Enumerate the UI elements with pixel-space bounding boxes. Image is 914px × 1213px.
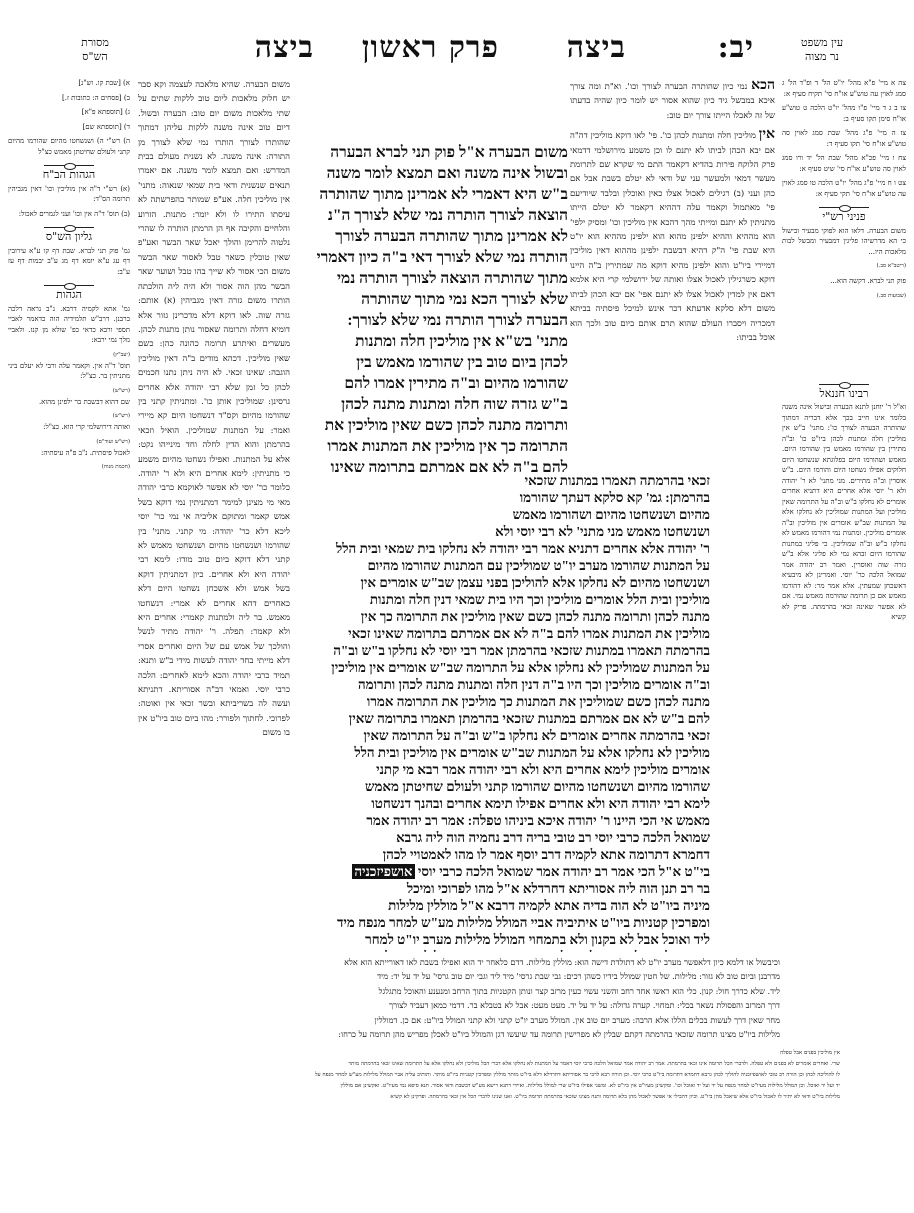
- gemara-line: מתנה לכהן כשם שמוליכין את המתנות כך מולי…: [300, 693, 710, 710]
- hagahot-entry: ואותה דירושלמי קרי הוא. כצ"ל:: [8, 422, 130, 433]
- left-margin: א) [שבת קו. וש"נ] ב) [פסחים ה: כתובות ז.…: [8, 78, 130, 638]
- bottom-rashi: וכיבשול או דלמא כיון דלאפשר מערב יו"ט לא…: [150, 955, 780, 1045]
- highlighted-word: אושפיזכניה: [352, 864, 414, 879]
- penei-rashi-source: (ריטב"א סב.): [782, 261, 906, 272]
- masoret-title-line1: מסורת: [55, 36, 135, 50]
- bottom-rashi-line: וכיבשול או דלמא כיון דלאפשר מערב יו"ט לא…: [150, 955, 780, 969]
- gemara-line: ושנשחטו מאמש מני מתני' לא רבי יוסי ולא: [300, 523, 710, 540]
- gilyon-hashas-title: גליון הש"ס: [8, 232, 130, 243]
- bottom-chananel-line: מלילות ביו"ט ודאי לא יתיר לו לאכול ביו"ט…: [170, 1092, 840, 1103]
- ein-mishpat-title-line1: עין משפט: [782, 36, 862, 50]
- tractate-name-right: ביצה: [567, 30, 626, 65]
- gemara-line: בי"ט א"ל הכי אמר רב יהודה אמר שמואל הלכה…: [300, 863, 710, 880]
- gemara-line: ב"ש היא דאמרי לא אמרינן מתוך שהותרה: [300, 184, 568, 205]
- rabbeinu-chananel-text: וא"ל ר' יוחנן לתנא הבערה ובישול אינה משנ…: [782, 402, 906, 623]
- rashi-text: משום הבערה. שהיא מלאכה לעצמה וקא סבר יש …: [138, 78, 290, 741]
- gemara-line: על המתנות שהורמו מערב יו"ט שמוליכין עם ה…: [300, 557, 710, 574]
- rabbeinu-chananel-title: רבינו חננאל: [782, 389, 906, 400]
- ein-mishpat-entry: צה א מיי' פ"א מהל' יו"ט הל' ד ופ"ד הל' ג…: [782, 78, 906, 99]
- gemara-line: מתני' בש"א אין מוליכין חלה ומתנות: [300, 331, 568, 352]
- hagahot-source: (חכמת מנוח): [8, 462, 130, 473]
- gemara-line: אומרים מוליכין לימא אחרים היא ולא רבי יה…: [300, 761, 710, 778]
- gemara-line: ותרומה מתנה לכהן כשם שאין מוליכין את: [300, 415, 568, 436]
- rabbeinu-chananel-section: רבינו חננאל וא"ל ר' יוחנן לתנא הבערה ובי…: [782, 389, 906, 623]
- tosafot-continuation: [712, 480, 780, 940]
- gemara-line: דחמרא דתרומה אתא לקמיה דרב יוסף אמר לו מ…: [300, 846, 710, 863]
- tosafot-entry: אין מוליכין חלה ומתנות לכהן כו'. פי' לאו…: [570, 127, 775, 345]
- hagahot-habach-section: הגהות הב"ח (א) רש"י ד"ה אין מוליכין וכו'…: [8, 170, 130, 219]
- page-number: יב:: [718, 30, 754, 65]
- tosafot-text: נמי כיון שהותרה הבערה לצורך וכו'. וא"ת ו…: [570, 82, 775, 121]
- ein-mishpat-title-line2: נר מצוה: [782, 50, 862, 64]
- ornament-divider-icon: [44, 165, 94, 166]
- gemara-line: מהיום ושנשחטו מהיום ושהורמו מאמש: [300, 506, 710, 523]
- gemara-line: הותרה נמי שלא לצורך דאי ב"ה כיון דאמרי: [300, 247, 568, 268]
- gemara-line: ליד ואוכל אבל לא בקנון ולא בתמחוי המולל …: [300, 931, 710, 948]
- hagahot-habach-entry: (ב) תוס' ד"ה אין וכו' ועני לגמרים לאכול:: [8, 209, 130, 220]
- hagahot-source: (רש"ש): [8, 386, 130, 397]
- ornament-divider-icon: [44, 285, 94, 286]
- hagahot-source: (רש"ש ועוד"ם): [8, 437, 130, 448]
- gemara-line: התרומה כך אין מוליכין את המתנות אמרו: [300, 436, 568, 457]
- right-margin: צה א מיי' פ"א מהל' יו"ט הל' ד ופ"ד הל' ג…: [782, 78, 906, 1138]
- gemara-narrow-block: משום הבערה א"ל פוק תני לברא הבערה ובשול …: [300, 142, 568, 472]
- gemara-line: ובשול אינה משנה ואם תמצא לומר משנה: [300, 163, 568, 184]
- hagahot-entry: לאכול פיסתית. נ"ב פ"ה עיסתיה:: [8, 448, 130, 459]
- penei-rashi-entry: פוק תני לברא. דקשה הוא...: [782, 276, 906, 287]
- gemara-line: מוליכין את המתנות אמרו להם ב"ה לא אם אמר…: [300, 625, 710, 642]
- gemara-line: מנפח על יד על יד ואוכל אפילו בקנון ואפי'…: [300, 948, 710, 952]
- bottom-rashi-line: מלילות ביו"ט מצינו תרומה שזכאי בהרמתה דק…: [150, 1027, 780, 1041]
- gemara-line: ב"ש גזרה שוה חלה ומתנות מתנה לכהן: [300, 394, 568, 415]
- penei-rashi-source: (שבועות סב.): [782, 291, 906, 302]
- gemara-line: להם ב"ה לא אם אמרתם בתרומה שאינו: [300, 457, 568, 472]
- gemara-line: זכאי בהרמתה תאמרו במתנות שזכאי: [300, 472, 710, 489]
- gemara-line: בהרמתה תאמרו במתנות שזכאי בהרמתן אמר רבי…: [300, 642, 710, 659]
- ein-mishpat-section: צה א מיי' פ"א מהל' יו"ט הל' ד ופ"ד הל' ג…: [782, 78, 906, 199]
- gemara-line: זכאי בהרמתה אחרים אומרים לא נחלקו ב"ש וב…: [300, 727, 710, 744]
- bottom-chananel-opening: אין מוליכין בפנים אבל טפלה: [170, 1048, 840, 1059]
- bottom-rashi-catchword: הא: [150, 1041, 780, 1045]
- hagahot-entry: שם דהוא דבשבת בר ילפינן מהוא.: [8, 397, 130, 408]
- gemara-line: שלא לצורך הכא נמי מתוך שהותרה: [300, 289, 568, 310]
- gemara-line: שהורמו מהיום ושנשחטו מהיום שהורמו קתני ו…: [300, 778, 710, 795]
- bottom-chananel-line: יד ועל יד ואוכל. וכן המולל מלילות מעיו"ט…: [170, 1081, 840, 1092]
- gilyon-hashas-text: גמ' פוק תני לברא. שבת דף קו ע"א עירובין …: [8, 246, 130, 278]
- gemara-line-text: בי"ט א"ל הכי אמר רב יהודה אמר שמואל הלכה…: [418, 864, 710, 879]
- ein-mishpat-entry: צט ו ח מיי' פ"ג מהל' יו"ט הלכה טו סמג לא…: [782, 178, 906, 199]
- bottom-rashi-line: דרך המרזב והפסולת נשאר בכלי: תמחוי. קערה…: [150, 998, 780, 1012]
- tosafot-column: הכא נמי כיון שהותרה הבערה לצורך וכו'. וא…: [570, 78, 775, 478]
- masoret-hashas-section: א) [שבת קו. וש"נ] ב) [פסחים ה: כתובות ז.…: [8, 78, 130, 157]
- gemara-line: ושנשחטו מהיום לא נחלקו אלא להוליכן בפני …: [300, 574, 710, 591]
- gemara-line: לכהן ביום טוב בין שהורמו מאמש בין: [300, 352, 568, 373]
- penei-rashi-entry: משום הבערה. דלאו הוא לפוקי מבעיר ובישול …: [782, 226, 906, 258]
- page-header: עין משפט נר מצוה יב: ביצה פרק ראשון ביצה…: [0, 30, 914, 70]
- gemara-line: משום הבערה א"ל פוק תני לברא הבערה: [300, 142, 568, 163]
- hagahot-source: (יעב"ץ): [8, 350, 130, 361]
- gemara-line: לא אמרינן מתוך שהותרה הבערה לצורך: [300, 226, 568, 247]
- ein-mishpat-entry: צז ה מיי' פ"ג מהל' שבת סמג לאוין סה טוש"…: [782, 128, 906, 149]
- hagahot-habach-entry: (א) רש"י ד"ה אין מוליכין וכו' דאין מגביה…: [8, 184, 130, 205]
- chapter-name: פרק ראשון: [362, 30, 499, 65]
- gemara-wide-block: זכאי בהרמתה תאמרו במתנות שזכאי בהרמתן: ג…: [300, 472, 710, 952]
- bottom-rashi-line: מדרבנן וביום טוב לא גזור: מלילות. של חטי…: [150, 969, 780, 983]
- bottom-rashi-line: מחר שאין דרך לעשות בכלים הללו אלא הרבה: …: [150, 1013, 780, 1027]
- rashi-top-span: [290, 78, 565, 138]
- penei-rashi-title: פניני רש"י: [782, 212, 906, 223]
- gilyon-hashas-section: גליון הש"ס גמ' פוק תני לברא. שבת דף קו ע…: [8, 232, 130, 277]
- tosafot-dibur-hamatchil: אין: [759, 126, 775, 142]
- gemara-line: מתנה לכהן ותרומה מתנה לכהן כשם שאין מולי…: [300, 608, 710, 625]
- gemara-line: ר' יהודה אלא אחרים דתניא אמר רבי יהודה ל…: [300, 540, 710, 557]
- gemara-line: לימא רבי יהודה היא ולא אחרים אפילו תימא …: [300, 795, 710, 812]
- gemara-line: הבערה לצורך הותרה נמי שלא לצורך:: [300, 310, 568, 331]
- gemara-line: מוליכין ובית הלל אומרים מוליכין וכך היו …: [300, 591, 710, 608]
- tosafot-dibur-hamatchil: הכא: [751, 78, 775, 93]
- masoret-hashas-header: מסורת הש"ס: [55, 36, 135, 64]
- hagahot-entry: גמ' אתא לקמיה דרבא. נ"ב נראה דלכה ברבנן.…: [8, 304, 130, 346]
- tosafot-entry: הכא נמי כיון שהותרה הבערה לצורך וכו'. וא…: [570, 78, 775, 123]
- hagahot-title: הגהות: [8, 290, 130, 301]
- ein-mishpat-header: עין משפט נר מצוה: [782, 36, 862, 64]
- gemara-line: בהרמתן: גמ' קא סלקא דעתך שהורמו: [300, 489, 710, 506]
- bottom-chananel-line: שרי. ואחרים אומרים לא בפנים ולא טפלה. ול…: [170, 1059, 840, 1070]
- ein-mishpat-entry: צו ב ג ד מיי' פ"ו מהל' יו"ט הלכה ט טוש"ע…: [782, 103, 906, 124]
- gemara-line: מיניה ביו"ט לא הוה בדיה אתא לקמיה דרבא א…: [300, 897, 710, 914]
- gemara-line: שהורמו מהיום וב"ה מתירין אמרו להם: [300, 373, 568, 394]
- masoret-entry: א) [שבת קו. וש"נ]: [8, 78, 130, 89]
- ornament-divider-icon: [44, 227, 94, 228]
- gemara-line: וב"ה אומרים מוליכין וכך היו ב"ה דנין חלה…: [300, 676, 710, 693]
- ornament-divider-icon: [819, 384, 869, 385]
- gemara-line: הוצאה לצורך הותרה נמי שלא לצורך ה"נ: [300, 205, 568, 226]
- gemara-line: שמואל הלכה כרבי יוסי רב טובי בריה דרב נח…: [300, 829, 710, 846]
- masoret-entry: ה) רש"י ה) ושנשחטו מהיום שהורמו מהיום קת…: [8, 136, 130, 157]
- gemara-line: מאמש אי הכי היינו ר' יהודה איכא ביניהו ט…: [300, 812, 710, 829]
- tractate-name-left: ביצה: [255, 30, 314, 65]
- penei-rashi-section: פניני רש"י משום הבערה. דלאו הוא לפוקי מב…: [782, 212, 906, 302]
- gemara-line: ומפרכין קטניות ביו"ט איתיביה אביי המולל …: [300, 914, 710, 931]
- hagahot-section: הגהות גמ' אתא לקמיה דרבא. נ"ב נראה דלכה …: [8, 290, 130, 473]
- bottom-rashi-line: ליד. שלא כדרך חול: קנון. כלי הוא ראשו אח…: [150, 984, 780, 998]
- gemara-line: מתוך שהותרה הוצאה לצורך הותרה נמי: [300, 268, 568, 289]
- ornament-divider-icon: [819, 207, 869, 208]
- bottom-chananel: אין מוליכין בפנים אבל טפלה שרי. ואחרים א…: [170, 1048, 840, 1108]
- hagahot-source: (רש"ש): [8, 411, 130, 422]
- bottom-chananel-line: לו להוליכה לכהן וכן הורה רב טובי לאושפיז…: [170, 1070, 840, 1081]
- masoret-title-line2: הש"ס: [55, 50, 135, 64]
- hagahot-entry: תוס' ד"ה אין. וקאמר עלה ורבי לא יעלם בינ…: [8, 361, 130, 382]
- gemara-line: בר רב תנן הוה ליה אסוריתא דחרדלא א"ל מהו…: [300, 880, 710, 897]
- gemara-line: מוליכין לא נחלקו אלא על המתנות שב"ש אומר…: [300, 744, 710, 761]
- ein-mishpat-entry: צח ו מיי' פכ"א מהל' שבת הל' יד ורו סמג ל…: [782, 153, 906, 174]
- gemara-line: על המתנות שמוליכין לא נחלקו אלא על התרומ…: [300, 659, 710, 676]
- gemara-line: להם ב"ש לא אם אמרתם במתנות שזכאי בהרמתן …: [300, 710, 710, 727]
- hagahot-habach-title: הגהות הב"ח: [8, 170, 130, 181]
- masoret-entry: ב) [פסחים ה: כתובות ז.]: [8, 93, 130, 104]
- masoret-entry: ד) [תוספתא שם]: [8, 122, 130, 133]
- masoret-entry: ג) [תוספתא פ"א]: [8, 107, 130, 118]
- rashi-column: משום הבערה. שהיא מלאכה לעצמה וקא סבר יש …: [138, 78, 290, 948]
- tosafot-text: מוליכין חלה ומתנות לכהן כו'. פי' לאו דוק…: [570, 131, 775, 343]
